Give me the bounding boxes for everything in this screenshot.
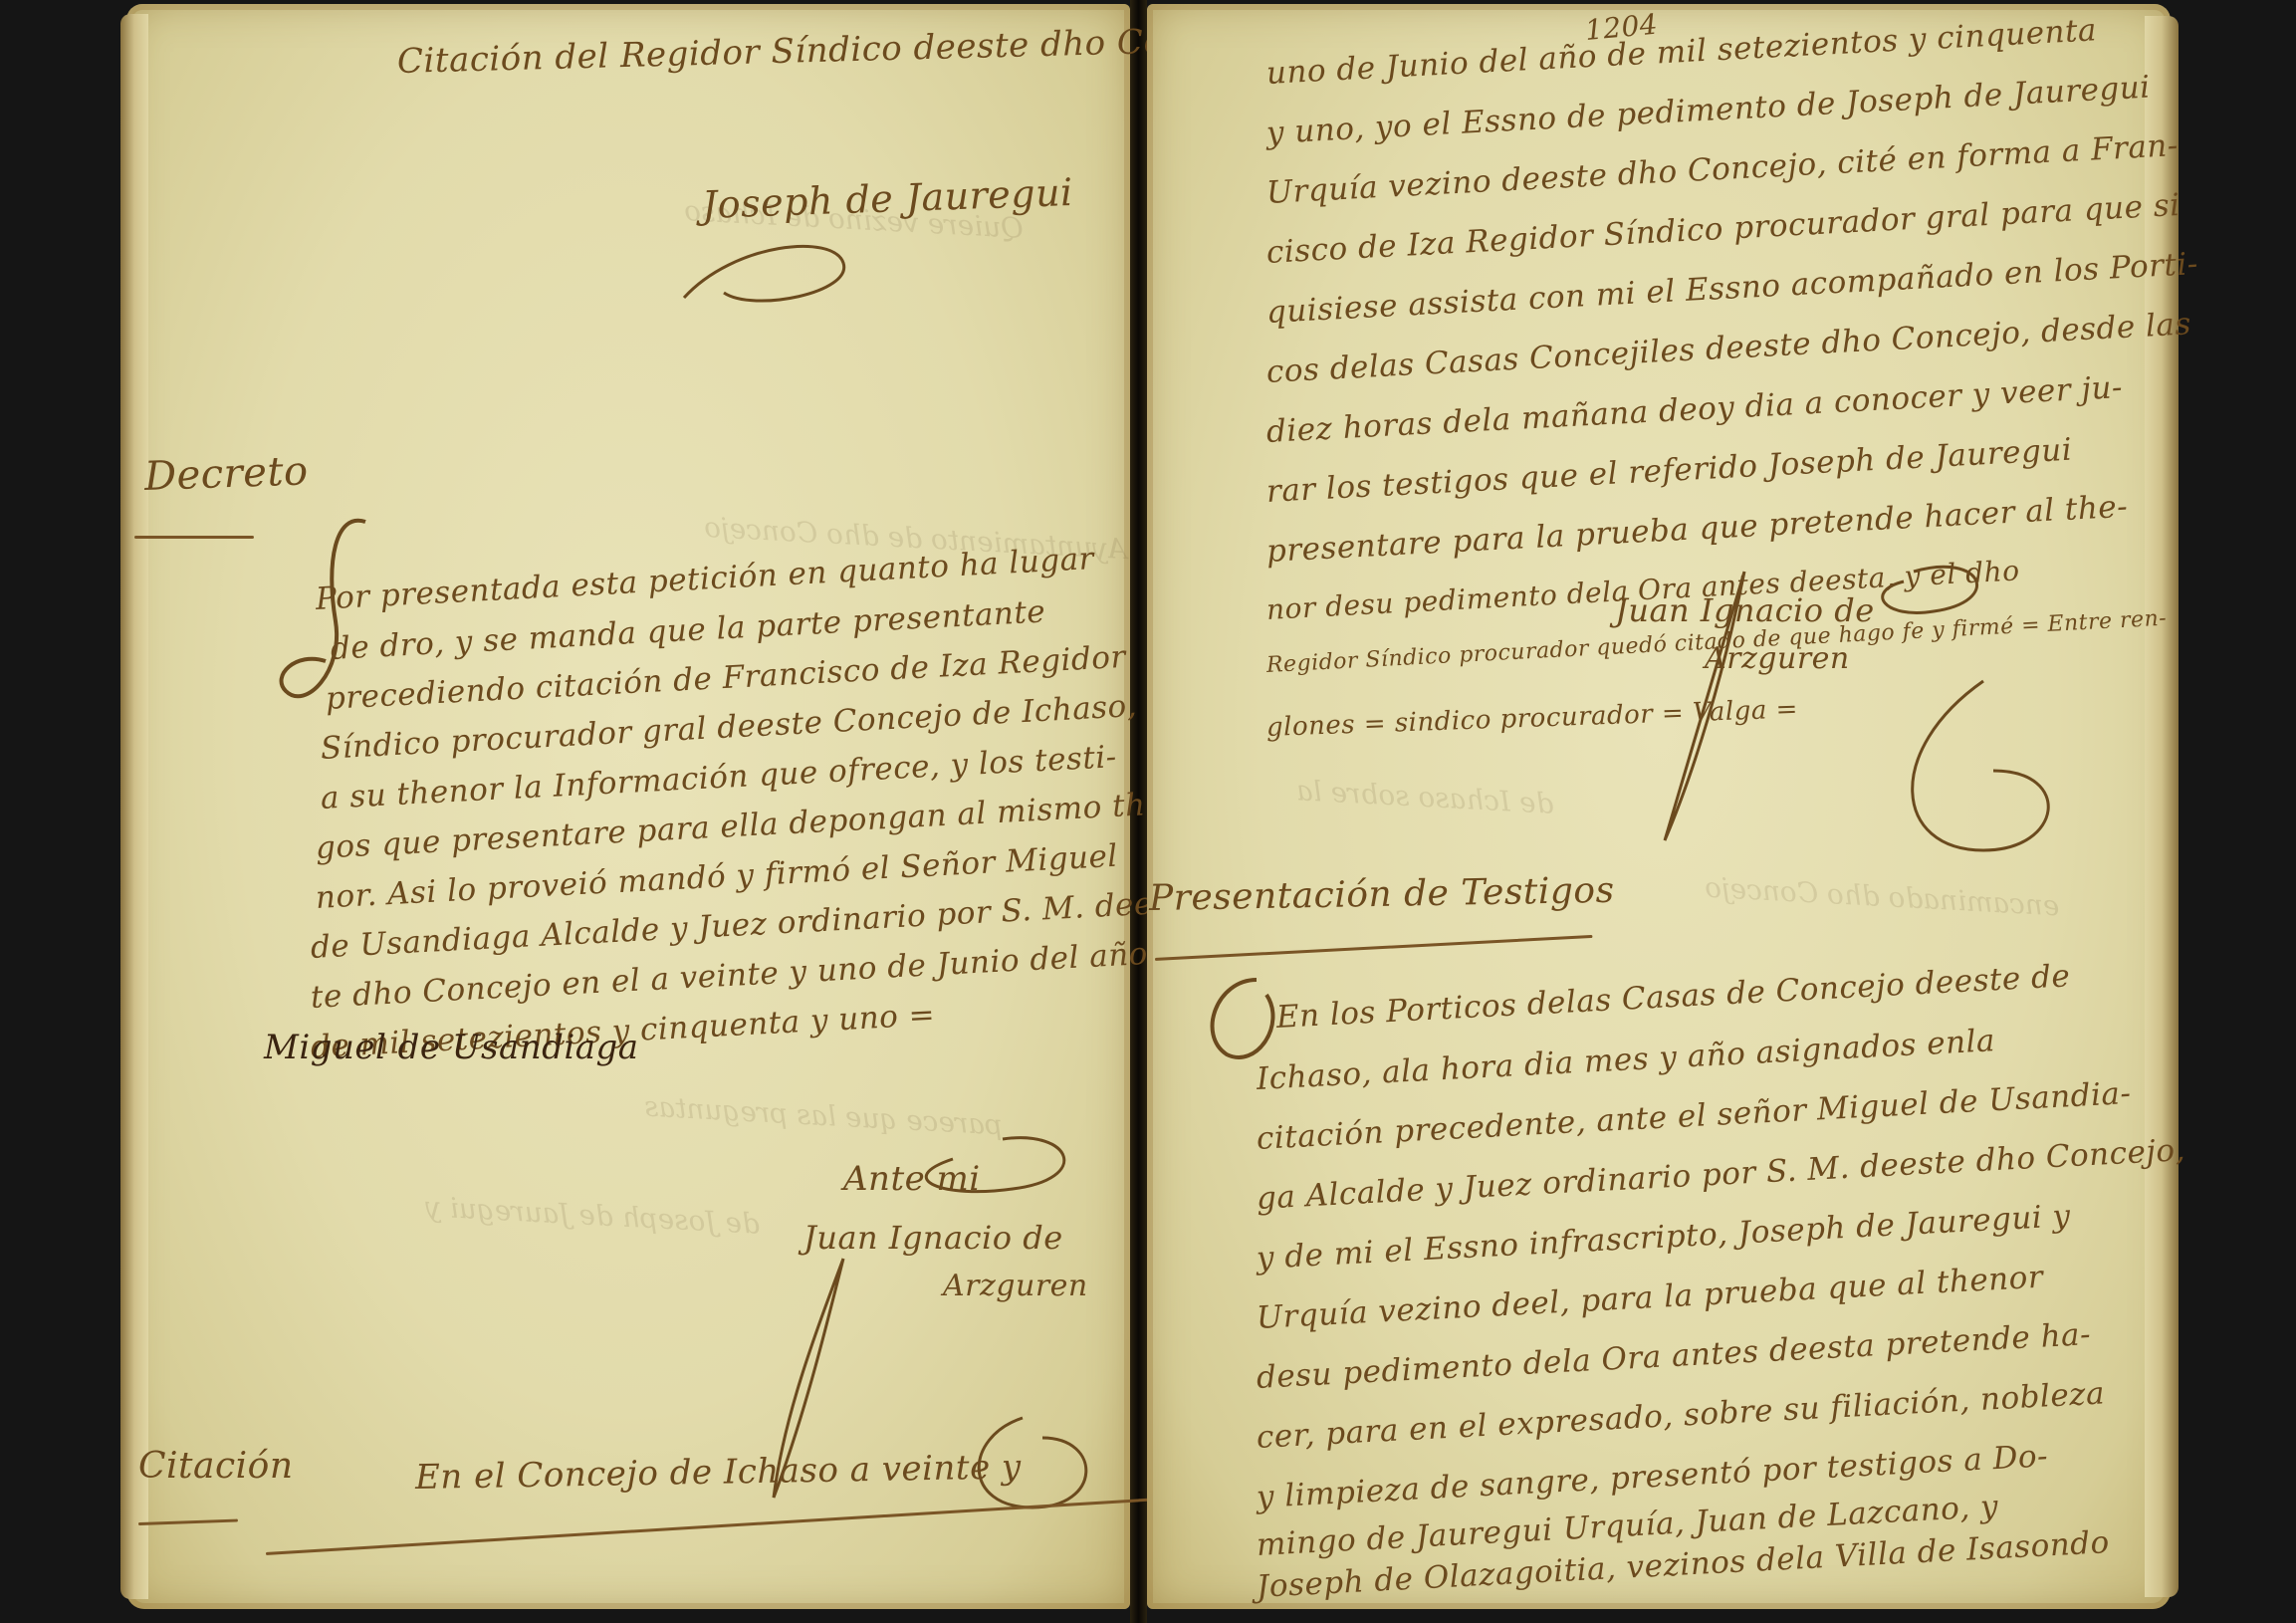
footer-title-citacion: Citación (138, 1446, 294, 1487)
ink-bleed: de Joseph de Jauregui y (424, 1190, 760, 1241)
section-underline (1155, 935, 1593, 961)
notary-rubric (1565, 552, 2123, 870)
section-title-decreto: Decreto (143, 448, 309, 500)
right-page: de Ichaso sobre la encaminado dho Concej… (1147, 4, 2171, 1609)
section-underline (134, 536, 254, 539)
signature-usandiaga: Miguel de Usandiaga (264, 1028, 639, 1067)
footer-underline (138, 1519, 238, 1525)
body-line: En los Porticos delas Casas de Concejo d… (1275, 958, 2071, 1036)
signature-flourish (664, 203, 863, 323)
body-line: Ichaso, ala hora dia mes y año asignados… (1256, 1023, 1996, 1097)
ink-bleed: de Ichaso sobre la (1295, 774, 1554, 819)
left-page: Quiere vezino de Ichaso Ayuntamiento de … (126, 4, 1130, 1609)
page-edge (120, 14, 148, 1599)
section-title-testigos: Presentación de Testigos (1149, 870, 1615, 919)
page-heading: Citación del Regidor Síndico deeste dho … (396, 19, 1259, 82)
ink-bleed: encaminado dho Concejo (1704, 871, 2060, 923)
